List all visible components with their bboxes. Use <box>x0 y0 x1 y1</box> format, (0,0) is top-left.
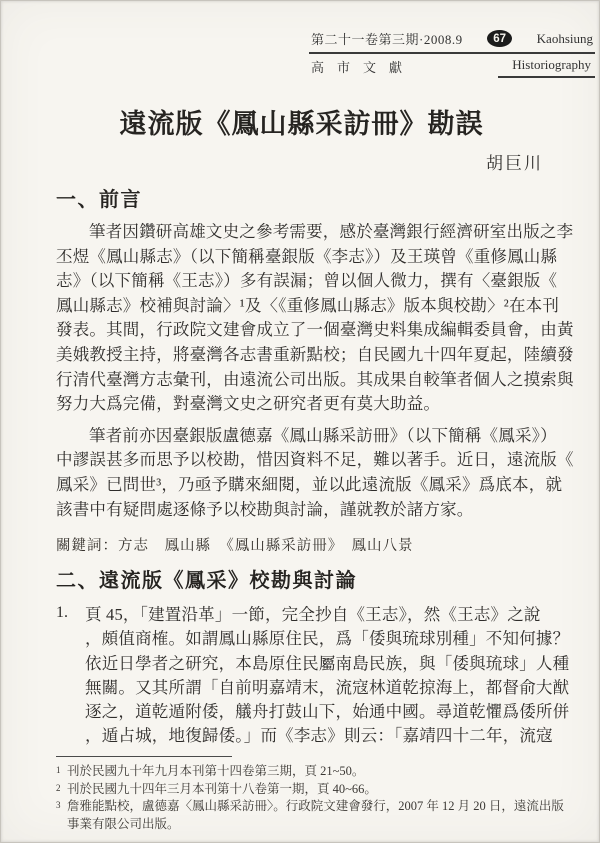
text-line: 筆者前亦因臺銀版盧德嘉《鳳山縣采訪冊》（以下簡稱《鳳采》） <box>56 424 547 449</box>
author-name: 胡巨川 <box>56 149 547 174</box>
text-line: 依近日學者之研究，本島原住民屬南島民族，與「倭與琉球」人種 <box>85 652 547 676</box>
article-title: 遠流版《鳳山縣采訪冊》勘誤 <box>56 107 547 142</box>
text-line: ，頗值商榷。如謂鳳山縣原住民，爲「倭與琉球別種」不知何據？ <box>85 627 547 651</box>
footnote-marker: 1 <box>56 762 67 780</box>
text-line: ，遁占城，地復歸倭。」而《李志》則云：「嘉靖四十二年，流寇 <box>85 724 547 748</box>
text-line: 發表。其間，行政院文建會成立了一個臺灣史料集成編輯委員會，由黃 <box>56 318 547 343</box>
journal-header: 第二十一卷第三期·2008.9 67 Kaohsiung 高市文獻 Histor… <box>309 29 595 78</box>
text-line: 無關。又其所謂「自前明嘉靖末，流寇林道乾掠海上，都督俞大猷 <box>85 676 547 700</box>
text-line: 逐之，道乾遁附倭，艤舟打鼓山下，始通中國。尋道乾懼爲倭所併 <box>85 700 547 724</box>
text-line: 志》（以下簡稱《王志》）多有誤漏；曾以個人微力，撰有〈臺銀版《 <box>56 269 547 294</box>
footnote-marker: 3 <box>56 797 67 815</box>
section2-heading: 二、遠流版《鳳采》校勘與討論 <box>56 568 547 594</box>
text-line: 該書中有疑問處逐條予以校勘與討論，謹就教於諸方家。 <box>56 498 547 523</box>
footnote-area: 1 刊於民國九十年九月本刊第十四卷第三期，頁 21~50。 2 刊於民國九十四年… <box>56 756 547 833</box>
journal-name-chinese: 高市文獻 <box>309 57 415 76</box>
item-number: 1. <box>56 603 85 748</box>
item-text: 頁 45，「建置沿革」一節，完全抄自《王志》，然《王志》之說 ，頗值商榷。如謂鳳… <box>85 603 547 748</box>
text-line: 美娥教授主持，將臺灣各志書重新點校；自民國九十四年夏起，陸續發 <box>56 343 547 368</box>
journal-name-english-line1: Kaohsiung <box>537 31 593 47</box>
article-body: 遠流版《鳳山縣采訪冊》勘誤 胡巨川 一、前言 筆者因鑽研高雄文史之參考需要，感於… <box>1 1 599 833</box>
footnote-2: 2 刊於民國九十四年三月本刊第十八卷第一期，頁 40~66。 <box>56 781 547 799</box>
footnote-1: 1 刊於民國九十年九月本刊第十四卷第三期，頁 21~50。 <box>56 763 547 781</box>
footnote-text: 刊於民國九十四年三月本刊第十八卷第一期，頁 40~66。 <box>67 781 547 799</box>
journal-header-row1: 第二十一卷第三期·2008.9 67 Kaohsiung <box>309 29 595 54</box>
keywords-line: 關鍵詞：方志 鳳山縣 《鳳山縣采訪冊》 鳳山八景 <box>56 534 547 555</box>
section1-heading: 一、前言 <box>56 187 547 213</box>
footnote-text: 詹雅能點校，盧德嘉〈鳳山縣采訪冊〉。行政院文建會發行，2007 年 12 月 2… <box>67 798 547 816</box>
footnote-3: 3 詹雅能點校，盧德嘉〈鳳山縣采訪冊〉。行政院文建會發行，2007 年 12 月… <box>56 798 547 816</box>
journal-header-row2: 高市文獻 Historiography <box>309 54 595 78</box>
footnote-separator <box>56 756 232 757</box>
text-line: 努力大爲完備，對臺灣文史之研究者更有莫大助益。 <box>56 392 547 417</box>
footnote-text: 刊於民國九十年九月本刊第十四卷第三期，頁 21~50。 <box>67 763 547 781</box>
journal-name-english-line2: Historiography <box>498 57 595 78</box>
text-line: 鳳采》已問世³，乃亟予購來細閱，並以此遠流版《鳳采》爲底本，就 <box>56 473 547 498</box>
page-number-badge: 67 <box>487 30 512 47</box>
text-line: 中謬誤甚多而思予以校勘，惜因資料不足，難以著手。近日，遠流版《 <box>56 448 547 473</box>
volume-issue-label: 第二十一卷第三期·2008.9 <box>311 29 463 48</box>
intro-paragraph-1: 筆者因鑽研高雄文史之參考需要，感於臺灣銀行經濟研室出版之李 丕煜《鳳山縣志》（以… <box>56 220 547 417</box>
intro-paragraph-2: 筆者前亦因臺銀版盧德嘉《鳳山縣采訪冊》（以下簡稱《鳳采》） 中謬誤甚多而思予以校… <box>56 424 547 522</box>
text-line: 頁 45，「建置沿革」一節，完全抄自《王志》，然《王志》之說 <box>85 603 547 627</box>
numbered-item-1: 1. 頁 45，「建置沿革」一節，完全抄自《王志》，然《王志》之說 ，頗值商榷。… <box>56 603 547 748</box>
text-line: 行清代臺灣方志彙刊，由遠流公司出版。其成果自較筆者個人之摸索與 <box>56 368 547 393</box>
text-line: 丕煜《鳳山縣志》（以下簡稱臺銀版《李志》）及王瑛曾《重修鳳山縣 <box>56 245 547 270</box>
scanned-journal-page: 第二十一卷第三期·2008.9 67 Kaohsiung 高市文獻 Histor… <box>0 0 600 843</box>
text-line: 鳳山縣志》校補與討論〉¹及〈《重修鳳山縣志》版本與校勘〉²在本刊 <box>56 294 547 319</box>
footnote-3-continuation: 事業有限公司出版。 <box>56 816 547 834</box>
text-line: 筆者因鑽研高雄文史之參考需要，感於臺灣銀行經濟研室出版之李 <box>56 220 547 245</box>
footnote-marker: 2 <box>56 780 67 798</box>
footnote-text: 事業有限公司出版。 <box>67 816 547 834</box>
